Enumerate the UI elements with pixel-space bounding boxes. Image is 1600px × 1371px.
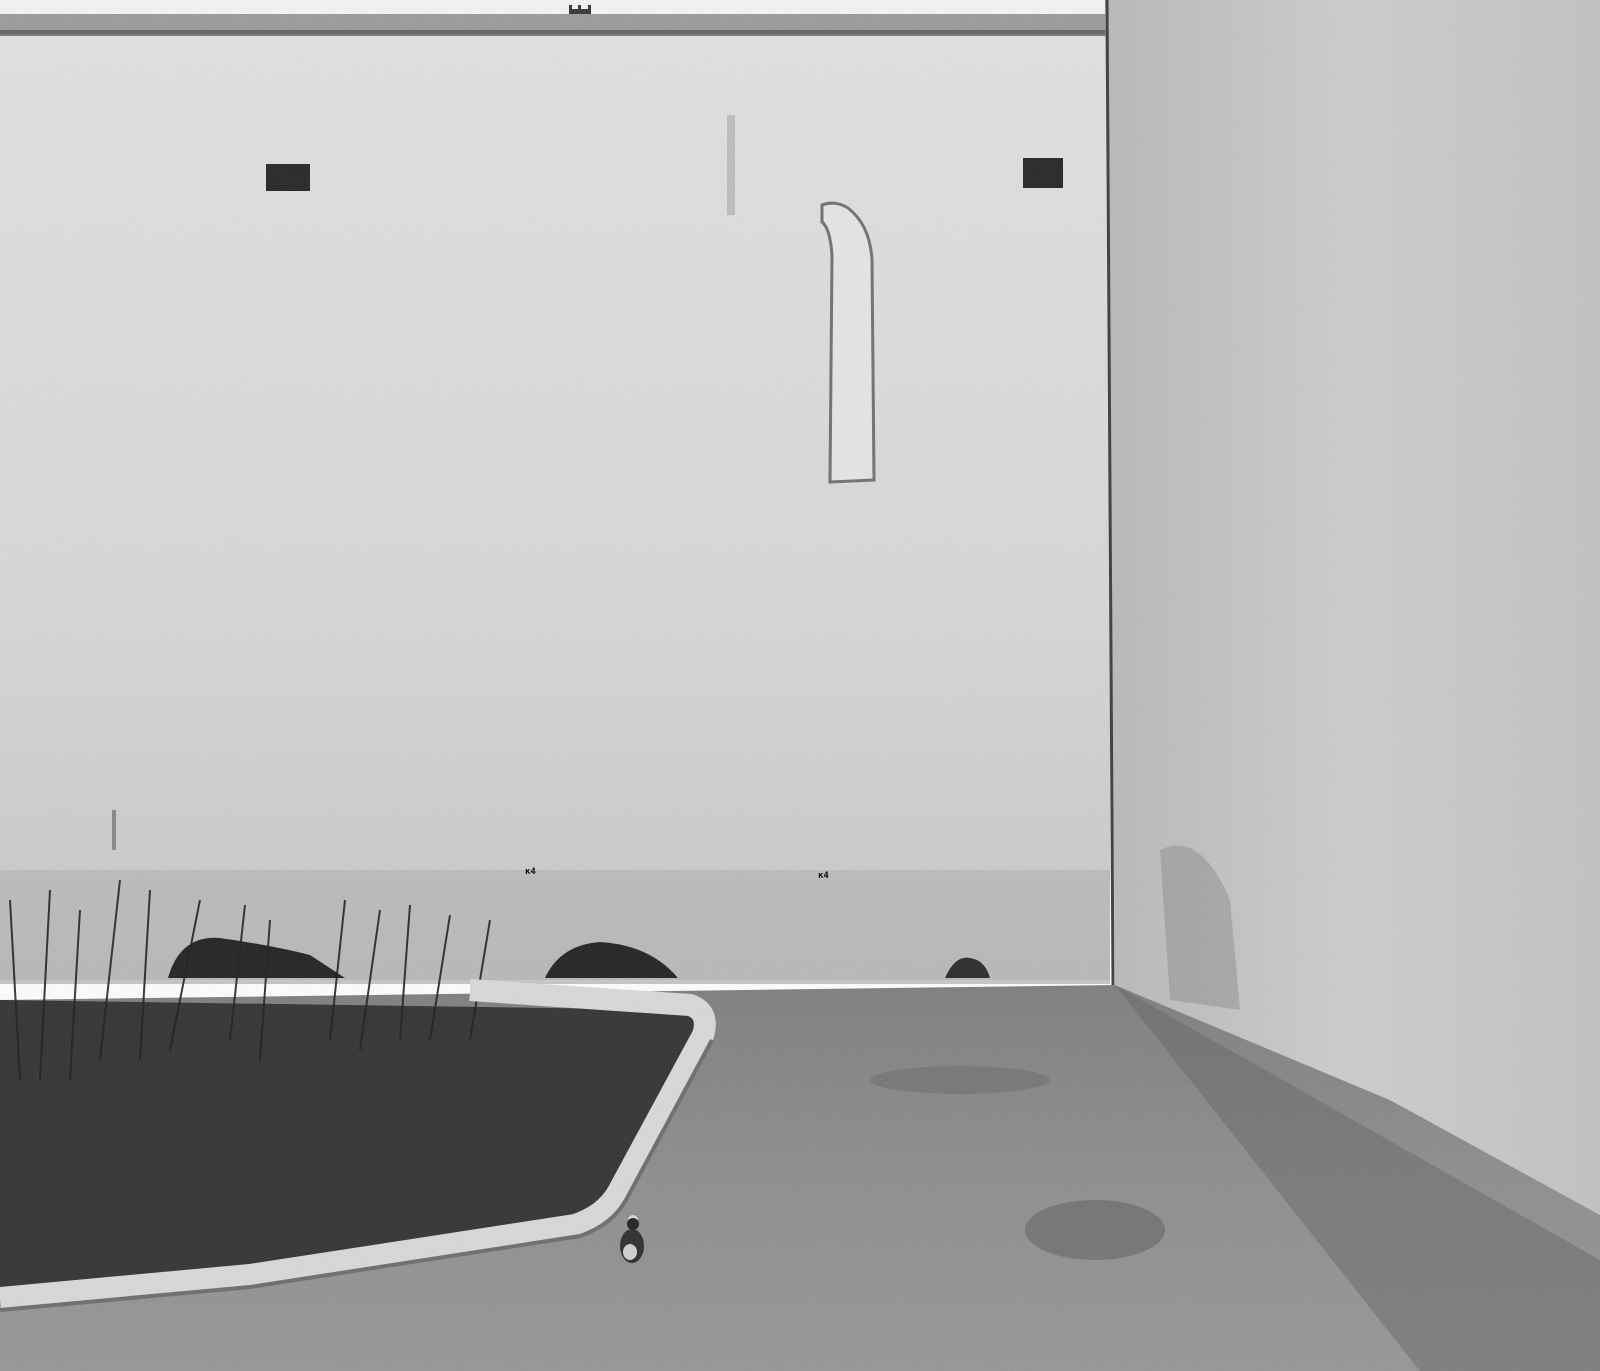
courtyard-photo: к4 к4 [0, 0, 1600, 1371]
